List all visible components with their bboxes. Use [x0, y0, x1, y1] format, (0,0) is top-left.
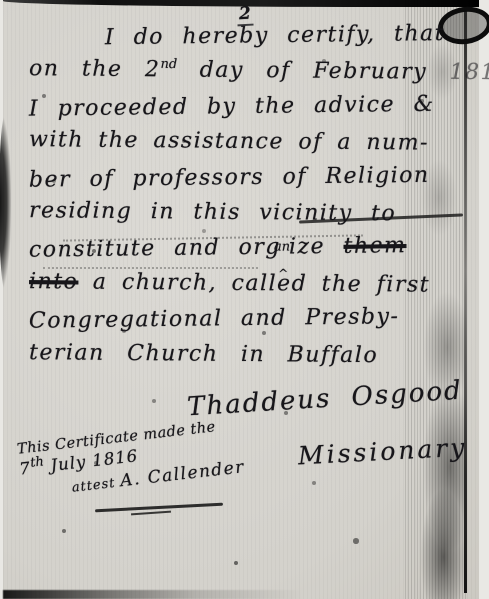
line4-text: with the assistance of a num-: [29, 127, 429, 155]
line7-pre: constitute and org: [29, 235, 281, 263]
line6-tail: vicinity to: [259, 200, 396, 226]
line7-mid: ize: [289, 234, 344, 260]
text-line-9: Congregational and Presby-: [29, 303, 465, 344]
text-line-2: on the 2nd day of February 1812: [29, 56, 465, 95]
line2-mid: day of February: [177, 58, 450, 85]
photo-frame: 2 I do hereby certify, that on the 2nd d…: [0, 0, 489, 599]
paper-speckles: [3, 0, 5, 2]
line9-text: Congregational and Presby-: [29, 304, 400, 334]
paper-stain-bottom: [3, 590, 303, 599]
inserted-word: an: [274, 240, 290, 255]
struck-word: them: [343, 233, 406, 259]
attestation-note: This Certificate made the 7th July 1816 …: [16, 415, 261, 503]
paper-stain-left: [0, 115, 11, 290]
line2-pre: on the 2: [29, 56, 161, 82]
line5-text: ber of professors of Religion: [29, 162, 430, 192]
signature-flourish: [131, 511, 171, 516]
line10-text: terian Church in Buffalo: [29, 340, 378, 368]
text-line-4: with the assistance of a num-: [29, 127, 465, 166]
document-page: 2 I do hereby certify, that on the 2nd d…: [3, 0, 479, 599]
year-faded: 1812: [449, 60, 489, 86]
line8-rest: a church, called the first: [78, 269, 430, 297]
text-line-7: constitute and organ^ize them: [29, 233, 465, 274]
struck-word: into: [29, 269, 79, 294]
text-line-1: I do hereby certify, that: [105, 21, 465, 61]
line3-text: I proceeded by the advice &: [29, 91, 435, 121]
text-line-6: residing in this vicinity to: [29, 198, 465, 237]
text-line-8: into a church, called the first: [29, 269, 465, 308]
ordinal-superscript: nd: [160, 57, 177, 72]
document-body: I do hereby certify, that on the 2nd day…: [29, 23, 465, 377]
text-line-5: ber of professors of Religion: [29, 162, 465, 203]
attest-label: attest: [71, 476, 116, 496]
text-line-10: terian Church in Buffalo: [29, 340, 465, 379]
line6-pre: residing in this: [29, 198, 259, 225]
line1-text: I do hereby certify, that: [105, 21, 445, 50]
text-line-3: I proceeded by the advice &: [29, 91, 465, 132]
